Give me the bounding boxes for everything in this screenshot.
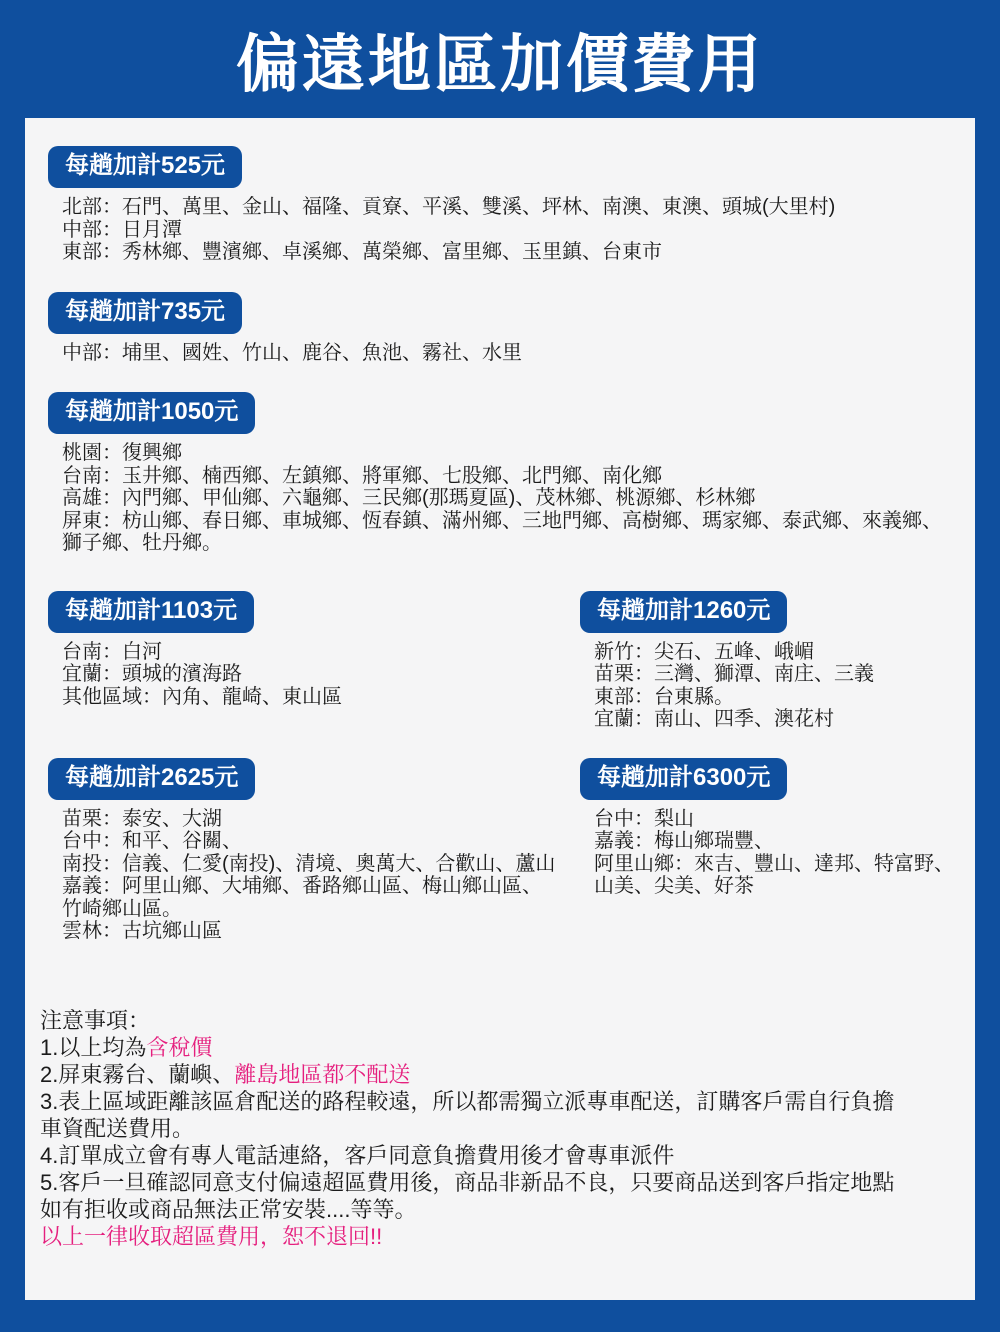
region-list: 苗栗：泰安、大湖 台中：和平、谷關、 南投：信義、仁愛(南投)、清境、奧萬大、合… [62, 808, 580, 943]
region-line: 南投：信義、仁愛(南投)、清境、奧萬大、合歡山、蘆山 [62, 853, 580, 876]
notes-heading: 注意事項： [40, 1007, 960, 1034]
region-line: 屏東：枋山鄉、春日鄉、車城鄉、恆春鎮、滿州鄉、三地門鄉、高樹鄉、瑪家鄉、泰武鄉、… [62, 510, 960, 533]
final-warning: 以上一律收取超區費用，恕不退回!! [40, 1223, 960, 1250]
region-line: 北部：石門、萬里、金山、福隆、貢寮、平溪、雙溪、坪林、南澳、東澳、頭城(大里村) [62, 196, 960, 219]
fee-section-525: 每趟加計525元 北部：石門、萬里、金山、福隆、貢寮、平溪、雙溪、坪林、南澳、東… [40, 146, 960, 264]
fee-section-1103: 每趟加計1103元 台南：白河 宜蘭：頭城的濱海路 其他區域：內角、龍崎、東山區 [40, 591, 580, 709]
region-line: 台中：和平、谷關、 [62, 830, 580, 853]
notes-section: 注意事項： 1.以上均為含稅價 2.屏東霧台、蘭嶼、離島地區都不配送 3.表上區… [40, 1007, 960, 1250]
fee-badge-2625: 每趟加計2625元 [48, 758, 255, 800]
region-line: 台南：白河 [62, 641, 580, 664]
page-title: 偏遠地區加價費用 [0, 0, 1000, 118]
region-list: 中部：埔里、國姓、竹山、鹿谷、魚池、霧社、水里 [62, 342, 960, 365]
fee-badge-6300: 每趟加計6300元 [580, 758, 787, 800]
fee-section-2625: 每趟加計2625元 苗栗：泰安、大湖 台中：和平、谷關、 南投：信義、仁愛(南投… [40, 758, 580, 943]
fee-section-1050: 每趟加計1050元 桃園：復興鄉 台南：玉井鄉、楠西鄉、左鎮鄉、將軍鄉、七股鄉、… [40, 392, 960, 555]
note-1: 1.以上均為含稅價 [40, 1034, 960, 1061]
region-line: 苗栗：三灣、獅潭、南庄、三義 [594, 663, 960, 686]
region-line: 中部：埔里、國姓、竹山、鹿谷、魚池、霧社、水里 [62, 342, 960, 365]
note-1-highlight: 含稅價 [146, 1035, 212, 1060]
fee-badge-1260: 每趟加計1260元 [580, 591, 787, 633]
fee-notice-card: 每趟加計525元 北部：石門、萬里、金山、福隆、貢寮、平溪、雙溪、坪林、南澳、東… [25, 118, 975, 1300]
region-line: 新竹：尖石、五峰、峨嵋 [594, 641, 960, 664]
fee-badge-735: 每趟加計735元 [48, 292, 242, 334]
note-5-continued: 如有拒收或商品無法正常安裝....等等。 [40, 1196, 960, 1223]
note-2-highlight: 離島地區都不配送 [234, 1062, 410, 1087]
region-list: 台中：梨山 嘉義：梅山鄉瑞豐、 阿里山鄉：來吉、豐山、達邦、特富野、 山美、尖美… [594, 808, 960, 898]
region-list: 桃園：復興鄉 台南：玉井鄉、楠西鄉、左鎮鄉、將軍鄉、七股鄉、北門鄉、南化鄉 高雄… [62, 442, 960, 555]
fee-badge-1050: 每趟加計1050元 [48, 392, 255, 434]
region-line: 其他區域：內角、龍崎、東山區 [62, 686, 580, 709]
region-line: 台南：玉井鄉、楠西鄉、左鎮鄉、將軍鄉、七股鄉、北門鄉、南化鄉 [62, 465, 960, 488]
fee-section-6300: 每趟加計6300元 台中：梨山 嘉義：梅山鄉瑞豐、 阿里山鄉：來吉、豐山、達邦、… [580, 758, 960, 898]
note-4: 4.訂單成立會有專人電話連絡，客戶同意負擔費用後才會專車派件 [40, 1142, 960, 1169]
region-line: 宜蘭：南山、四季、澳花村 [594, 708, 960, 731]
region-line: 高雄：內門鄉、甲仙鄉、六龜鄉、三民鄉(那瑪夏區)、茂林鄉、桃源鄉、杉林鄉 [62, 487, 960, 510]
fee-section-1260: 每趟加計1260元 新竹：尖石、五峰、峨嵋 苗栗：三灣、獅潭、南庄、三義 東部：… [580, 591, 960, 731]
region-line: 雲林：古坑鄉山區 [62, 920, 580, 943]
region-line: 東部：台東縣。 [594, 686, 960, 709]
note-2-text: 2.屏東霧台、蘭嶼、 [40, 1062, 234, 1087]
region-list: 新竹：尖石、五峰、峨嵋 苗栗：三灣、獅潭、南庄、三義 東部：台東縣。 宜蘭：南山… [594, 641, 960, 731]
region-line: 獅子鄉、牡丹鄉。 [62, 532, 960, 555]
fee-badge-525: 每趟加計525元 [48, 146, 242, 188]
fee-row-2: 每趟加計2625元 苗栗：泰安、大湖 台中：和平、谷關、 南投：信義、仁愛(南投… [40, 758, 960, 943]
fee-section-735: 每趟加計735元 中部：埔里、國姓、竹山、鹿谷、魚池、霧社、水里 [40, 292, 960, 365]
note-1-text: 1.以上均為 [40, 1035, 146, 1060]
region-line: 中部：日月潭 [62, 219, 960, 242]
region-list: 北部：石門、萬里、金山、福隆、貢寮、平溪、雙溪、坪林、南澳、東澳、頭城(大里村)… [62, 196, 960, 264]
note-2: 2.屏東霧台、蘭嶼、離島地區都不配送 [40, 1061, 960, 1088]
region-line: 阿里山鄉：來吉、豐山、達邦、特富野、 [594, 853, 960, 876]
region-line: 苗栗：泰安、大湖 [62, 808, 580, 831]
fee-badge-1103: 每趟加計1103元 [48, 591, 254, 633]
region-list: 台南：白河 宜蘭：頭城的濱海路 其他區域：內角、龍崎、東山區 [62, 641, 580, 709]
fee-row-1: 每趟加計1103元 台南：白河 宜蘭：頭城的濱海路 其他區域：內角、龍崎、東山區… [40, 591, 960, 731]
region-line: 東部：秀林鄉、豐濱鄉、卓溪鄉、萬榮鄉、富里鄉、玉里鎮、台東市 [62, 241, 960, 264]
region-line: 竹崎鄉山區。 [62, 898, 580, 921]
region-line: 宜蘭：頭城的濱海路 [62, 663, 580, 686]
note-3: 3.表上區域距離該區倉配送的路程較遠，所以都需獨立派專車配送，訂購客戶需自行負擔 [40, 1088, 960, 1115]
region-line: 嘉義：阿里山鄉、大埔鄉、番路鄉山區、梅山鄉山區、 [62, 875, 580, 898]
region-line: 山美、尖美、好茶 [594, 875, 960, 898]
region-line: 嘉義：梅山鄉瑞豐、 [594, 830, 960, 853]
region-line: 桃園：復興鄉 [62, 442, 960, 465]
region-line: 台中：梨山 [594, 808, 960, 831]
note-5: 5.客戶一旦確認同意支付偏遠超區費用後，商品非新品不良，只要商品送到客戶指定地點 [40, 1169, 960, 1196]
note-3-continued: 車資配送費用。 [40, 1115, 960, 1142]
